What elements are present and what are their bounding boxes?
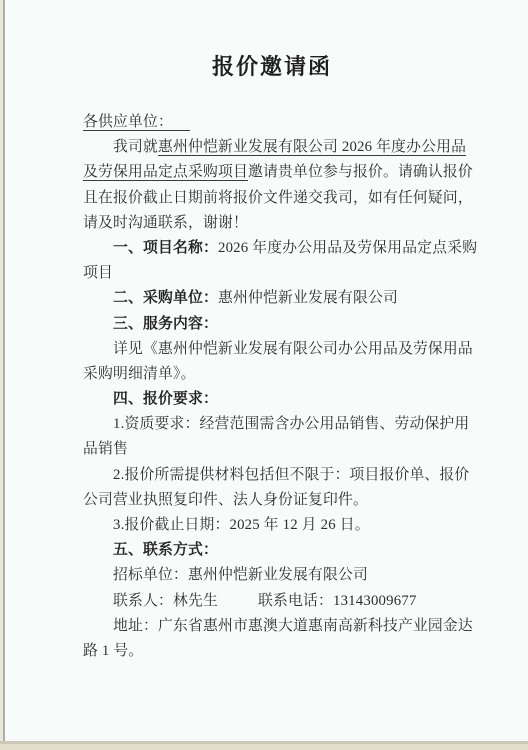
document-title: 报价邀请函 <box>83 54 461 80</box>
text-segment: 品销售 <box>83 441 128 457</box>
doc-line: 我司就惠州仲恺新业发展有限公司 2026 年度办公用品 <box>83 135 461 160</box>
text-segment: 邀请贵单位参与报价。请确认报价 <box>248 164 473 180</box>
document-body: 各供应单位：我司就惠州仲恺新业发展有限公司 2026 年度办公用品及劳保用品定点… <box>83 110 461 664</box>
text-segment: 3.报价截止日期：2025 年 12 月 26 日。 <box>113 517 370 533</box>
doc-line: 采购明细清单》。 <box>83 362 461 387</box>
text-segment: 详见《惠州仲恺新业发展有限公司办公用品及劳保用品 <box>113 341 473 357</box>
text-segment: 及劳保用品定点采购项目 <box>83 164 248 181</box>
text-segment: 且在报价截止日期前将报价文件递交我司，如有任何疑问， <box>83 190 473 206</box>
doc-line: 招标单位：惠州仲恺新业发展有限公司 <box>83 563 461 588</box>
doc-line: 公司营业执照复印件、法人身份证复印件。 <box>83 488 461 513</box>
document-content: 报价邀请函 各供应单位：我司就惠州仲恺新业发展有限公司 2026 年度办公用品及… <box>83 54 461 664</box>
text-segment: 我司就 <box>113 139 158 155</box>
text-segment: 项目 <box>83 265 113 281</box>
text-segment: 公司营业执照复印件、法人身份证复印件。 <box>83 492 368 508</box>
doc-line: 地址：广东省惠州市惠澳大道惠南高新科技产业园金达 <box>83 614 461 639</box>
doc-line: 1.资质要求：经营范围需含办公用品销售、劳动保护用 <box>83 412 461 437</box>
text-segment: 四、报价要求： <box>113 391 218 407</box>
doc-line: 路 1 号。 <box>83 639 461 664</box>
doc-line: 联系人：林先生联系电话：13143009677 <box>83 589 461 614</box>
page-bottom-strip <box>0 744 528 750</box>
text-segment: 1.资质要求：经营范围需含办公用品销售、劳动保护用 <box>113 416 469 432</box>
page-left-edge-line <box>3 0 5 741</box>
doc-line: 3.报价截止日期：2025 年 12 月 26 日。 <box>83 513 461 538</box>
text-segment: 惠州仲恺新业发展有限公司 2026 年度办公用品 <box>158 139 466 156</box>
doc-line: 一、项目名称：2026 年度办公用品及劳保用品定点采购 <box>83 236 461 261</box>
text-segment: 联系电话：13143009677 <box>258 593 417 609</box>
text-segment: 路 1 号。 <box>83 643 143 659</box>
doc-line: 详见《惠州仲恺新业发展有限公司办公用品及劳保用品 <box>83 337 461 362</box>
text-segment: 2026 年度办公用品及劳保用品定点采购 <box>218 240 477 256</box>
text-segment: 采购明细清单》。 <box>83 366 196 382</box>
text-segment: 二、采购单位： <box>113 290 218 306</box>
doc-line: 请及时沟通联系，谢谢！ <box>83 211 461 236</box>
text-segment: 惠州仲恺新业发展有限公司 <box>218 290 398 306</box>
text-segment: 2.报价所需提供材料包括但不限于：项目报价单、报价 <box>113 467 469 483</box>
doc-line: 及劳保用品定点采购项目邀请贵单位参与报价。请确认报价 <box>83 160 461 185</box>
doc-line: 各供应单位： <box>83 110 461 135</box>
text-segment: 请及时沟通联系，谢谢！ <box>83 215 248 231</box>
text-segment: 五、联系方式： <box>113 542 218 558</box>
doc-line: 五、联系方式： <box>83 538 461 563</box>
doc-line: 二、采购单位：惠州仲恺新业发展有限公司 <box>83 286 461 311</box>
doc-line: 四、报价要求： <box>83 387 461 412</box>
scan-page: 报价邀请函 各供应单位：我司就惠州仲恺新业发展有限公司 2026 年度办公用品及… <box>0 0 528 750</box>
doc-line: 且在报价截止日期前将报价文件递交我司，如有任何疑问， <box>83 186 461 211</box>
text-segment: 一、项目名称： <box>113 240 218 256</box>
doc-line: 品销售 <box>83 437 461 462</box>
text-segment: 联系人：林先生 <box>113 593 218 609</box>
text-segment: 三、服务内容： <box>113 316 218 332</box>
doc-line: 2.报价所需提供材料包括但不限于：项目报价单、报价 <box>83 463 461 488</box>
text-segment: 各供应单位： <box>83 114 190 131</box>
text-segment: 地址：广东省惠州市惠澳大道惠南高新科技产业园金达 <box>113 618 473 634</box>
doc-line: 项目 <box>83 261 461 286</box>
doc-line: 三、服务内容： <box>83 312 461 337</box>
text-segment: 招标单位：惠州仲恺新业发展有限公司 <box>113 567 368 583</box>
